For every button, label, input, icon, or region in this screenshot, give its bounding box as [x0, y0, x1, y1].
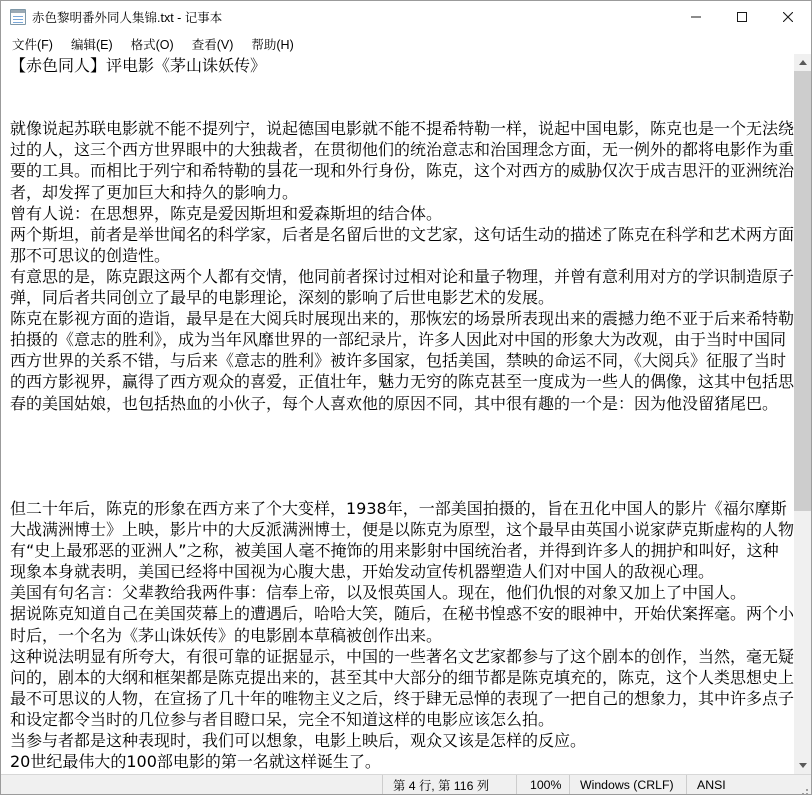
- text-line: 20世纪最伟大的100部电影的第一名就这样诞生了。: [10, 751, 794, 772]
- text-line: 当参与者都是这种表现时，我们可以想象，电影上映后，观众又该是怎样的反应。: [10, 730, 794, 751]
- text-line: 过的人，这三个西方世界眼中的大独裁者，在贯彻他们的统治意志和治国理念方面，无一例…: [10, 139, 794, 160]
- scrollbar-thumb[interactable]: [794, 71, 811, 511]
- status-line-ending: Windows (CRLF): [569, 775, 686, 794]
- text-line: 要的工具。而相比于列宁和希特勒的昙花一现和外行身份，陈克，这个对西方的威胁仅次于…: [10, 160, 794, 181]
- status-zoom-level: 100%: [516, 775, 569, 794]
- status-encoding-label: ANSI: [697, 778, 726, 792]
- text-area[interactable]: 【赤色同人】评电影《茅山诛妖传》就像说起苏联电影就不能不提列宁，说起德国电影就不…: [1, 54, 794, 774]
- text-line: 西方世界的关系不错，与后来《意志的胜利》被许多国家，包括美国，禁映的命运不同，《…: [10, 350, 794, 371]
- menu-help[interactable]: 帮助(H): [242, 32, 302, 56]
- menu-format[interactable]: 格式(O): [122, 32, 183, 56]
- menu-file[interactable]: 文件(F): [3, 32, 62, 56]
- text-line: [10, 477, 794, 498]
- text-line: 有意思的是，陈克跟这两个人都有交情，他同前者探讨过相对论和量子物理，并曾有意利用…: [10, 266, 794, 287]
- window-controls: [673, 1, 811, 33]
- close-button[interactable]: [765, 1, 811, 33]
- text-line: 据说陈克知道自己在美国荧幕上的遭遇后，哈哈大笑，随后，在秘书惶惑不安的眼神中，开…: [10, 603, 794, 624]
- text-line: 但二十年后，陈克的形象在西方来了个大变样，1938年，一部美国拍摄的，旨在丑化中…: [10, 498, 794, 519]
- status-cursor-position: 第 4 行, 第 116 列: [382, 775, 516, 794]
- text-line: 拍摄的《意志的胜利》，成为当年风靡世界的一部纪录片，许多人因此对中国的形象大为改…: [10, 329, 794, 350]
- text-line: 者，却发挥了更加巨大和持久的影响力。: [10, 182, 794, 203]
- scroll-up-button[interactable]: [794, 54, 811, 71]
- vertical-scrollbar[interactable]: [794, 54, 811, 774]
- text-line: 有“史上最邪恶的亚洲人”之称，被美国人毫不掩饰的用来影射中国统治者，并得到许多人…: [10, 540, 794, 561]
- text-line: 两个斯坦，前者是举世闻名的科学家，后者是名留后世的文艺家，这句话生动的描述了陈克…: [10, 224, 794, 245]
- minimize-button[interactable]: [673, 1, 719, 33]
- notepad-window: 赤色黎明番外同人集锦.txt - 记事本 文件(F) 编辑(E) 格式(O) 查…: [0, 0, 812, 795]
- scroll-down-button[interactable]: [794, 757, 811, 774]
- text-line: 最不可思议的人物，在宣扬了几十年的唯物主义之后，终于肆无忌惮的表现了一把自己的想…: [10, 688, 794, 709]
- text-line: [10, 435, 794, 456]
- menu-edit[interactable]: 编辑(E): [62, 32, 122, 56]
- text-line: 【赤色同人】评电影《茅山诛妖传》: [10, 55, 794, 76]
- statusbar: 第 4 行, 第 116 列 100% Windows (CRLF) ANSI: [1, 774, 811, 794]
- text-line: 就像说起苏联电影就不能不提列宁，说起德国电影就不能不提希特勒一样，说起中国电影，…: [10, 118, 794, 139]
- text-line: [10, 76, 794, 97]
- text-line: 这种说法明显有所夸大，有很可靠的证据显示，中国的一些著名文艺家都参与了这个剧本的…: [10, 646, 794, 667]
- chevron-down-icon: [799, 763, 807, 768]
- text-line: 弹，同后者共同创立了最早的电影理论，深刻的影响了后世电影艺术的发展。: [10, 287, 794, 308]
- text-line: 美国有句名言：父辈教给我两件事：信奉上帝，以及恨英国人。现在，他们仇恨的对象又加…: [10, 582, 794, 603]
- text-line: 的西方影视界，赢得了西方观众的喜爱，正值壮年，魅力无穷的陈克甚至一度成为一些人的…: [10, 371, 794, 392]
- text-line: 曾有人说：在思想界，陈克是爱因斯坦和爱森斯坦的结合体。: [10, 203, 794, 224]
- content-area: 【赤色同人】评电影《茅山诛妖传》就像说起苏联电影就不能不提列宁，说起德国电影就不…: [1, 54, 811, 774]
- text-line: 问的，剧本的大纲和框架都是陈克提出来的，甚至其中大部分的细节都是陈克填充的，陈克…: [10, 667, 794, 688]
- text-line: [10, 414, 794, 435]
- status-encoding: ANSI: [686, 775, 811, 794]
- notepad-icon: [10, 9, 26, 25]
- text-line: 和设定都令当时的几位参与者目瞪口呆，完全不知道这样的电影应该怎么拍。: [10, 709, 794, 730]
- text-line: 陈克在影视方面的造诣，最早是在大阅兵时展现出来的，那恢宏的场景所表现出来的震撼力…: [10, 308, 794, 329]
- minimize-icon: [691, 12, 701, 22]
- text-line: [10, 456, 794, 477]
- status-spacer: [1, 775, 382, 794]
- text-line: 大战满洲博士》上映，影片中的大反派满洲博士，便是以陈克为原型，这个最早由英国小说…: [10, 519, 794, 540]
- text-line: 春的美国姑娘，也包括热血的小伙子，每个人喜欢他的原因不同，其中很有趣的一个是：因…: [10, 393, 794, 414]
- text-line: 那不可思议的创造性。: [10, 245, 794, 266]
- menu-view[interactable]: 查看(V): [183, 32, 243, 56]
- maximize-icon: [737, 12, 747, 22]
- resize-grip-icon[interactable]: [806, 789, 808, 791]
- titlebar[interactable]: 赤色黎明番外同人集锦.txt - 记事本: [1, 1, 811, 33]
- text-line: 现象本身就表明，美国已经将中国视为心腹大患，开始发动宣传机器塑造人们对中国人的敌…: [10, 561, 794, 582]
- maximize-button[interactable]: [719, 1, 765, 33]
- text-line: [10, 97, 794, 118]
- text-line: 时后，一个名为《茅山诛妖传》的电影剧本草稿被创作出来。: [10, 625, 794, 646]
- menubar: 文件(F) 编辑(E) 格式(O) 查看(V) 帮助(H): [1, 33, 811, 54]
- close-icon: [783, 12, 793, 22]
- chevron-up-icon: [799, 60, 807, 65]
- text-caret: [278, 159, 279, 176]
- window-title: 赤色黎明番外同人集锦.txt - 记事本: [32, 8, 222, 26]
